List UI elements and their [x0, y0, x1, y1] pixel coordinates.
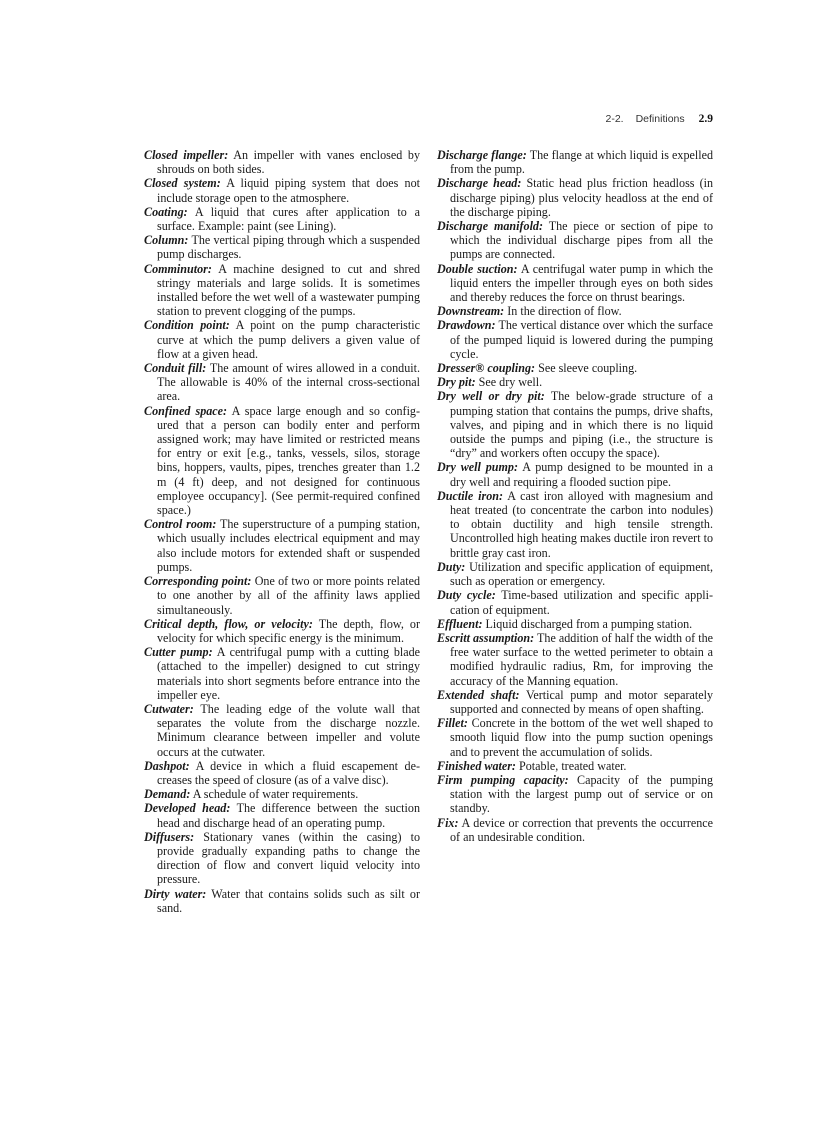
glossary-definition: A device or correction that prevents the…: [450, 816, 713, 844]
glossary-term: Fillet:: [437, 716, 468, 730]
glossary-entry: Discharge manifold: The piece or section…: [437, 219, 713, 262]
glossary-entry: Fix: A device or correction that prevent…: [437, 816, 713, 844]
page-number: 2.9: [699, 113, 713, 125]
glossary-definition: See sleeve coupling.: [538, 361, 637, 375]
glossary-definition: The vertical piping through which a sus­…: [157, 233, 420, 261]
glossary-term: Demand:: [144, 787, 190, 801]
right-column: Discharge flange: The flange at which li…: [437, 148, 713, 844]
glossary-term: Escritt assumption:: [437, 631, 534, 645]
glossary-term: Downstream:: [437, 304, 504, 318]
glossary-entry: Downstream: In the direction of flow.: [437, 304, 713, 318]
glossary-definition: The leading edge of the volute wall that…: [157, 702, 420, 759]
glossary-entry: Control room: The superstructure of a pu…: [144, 517, 420, 574]
glossary-entry: Dashpot: A device in which a fluid escap…: [144, 759, 420, 787]
glossary-entry: Closed system: A liquid piping system th…: [144, 176, 420, 204]
glossary-definition: A schedule of water requirements.: [193, 787, 359, 801]
glossary-definition: Potable, treated water.: [519, 759, 626, 773]
glossary-entry: Critical depth, flow, or velocity: The d…: [144, 617, 420, 645]
glossary-term: Duty:: [437, 560, 465, 574]
glossary-term: Dry pit:: [437, 375, 476, 389]
glossary-term: Critical depth, flow, or velocity:: [144, 617, 313, 631]
glossary-term: Closed impeller:: [144, 148, 228, 162]
glossary-entry: Duty: Utilization and specific applicati…: [437, 560, 713, 588]
glossary-term: Discharge head:: [437, 176, 521, 190]
glossary-entry: Extended shaft: Vertical pump and motor …: [437, 688, 713, 716]
glossary-term: Fix:: [437, 816, 459, 830]
glossary-term: Dresser® coupling:: [437, 361, 535, 375]
glossary-definition: A device in which a fluid escapement de­…: [157, 759, 420, 787]
glossary-term: Column:: [144, 233, 188, 247]
glossary-entry: Ductile iron: A cast iron alloyed with m…: [437, 489, 713, 560]
glossary-entry: Diffusers: Stationary vanes (within the …: [144, 830, 420, 887]
glossary-term: Finished water:: [437, 759, 516, 773]
glossary-entry: Cutter pump: A centrifugal pump with a c…: [144, 645, 420, 702]
glossary-entry: Duty cycle: Time-based utilization and s…: [437, 588, 713, 616]
glossary-entry: Discharge flange: The flange at which li…: [437, 148, 713, 176]
glossary-term: Confined space:: [144, 404, 227, 418]
section-title: Definitions: [636, 113, 685, 125]
glossary-term: Ductile iron:: [437, 489, 503, 503]
glossary-term: Cutter pump:: [144, 645, 213, 659]
glossary-entry: Cutwater: The leading edge of the volute…: [144, 702, 420, 759]
glossary-term: Cutwater:: [144, 702, 194, 716]
glossary-entry: Corresponding point: One of two or more …: [144, 574, 420, 617]
glossary-definition: A liquid that cures after application to…: [157, 205, 420, 233]
glossary-term: Discharge manifold:: [437, 219, 543, 233]
glossary-entry: Dry well pump: A pump designed to be mou…: [437, 460, 713, 488]
glossary-term: Developed head:: [144, 801, 230, 815]
glossary-definition: Liquid discharged from a pumping station…: [486, 617, 693, 631]
glossary-term: Duty cycle:: [437, 588, 496, 602]
glossary-term: Dry well pump:: [437, 460, 518, 474]
glossary-entry: Closed impeller: An impeller with vanes …: [144, 148, 420, 176]
glossary-entry: Comminutor: A machine designed to cut an…: [144, 262, 420, 319]
glossary-entry: Demand: A schedule of water requirements…: [144, 787, 420, 801]
glossary-entry: Finished water: Potable, treated water.: [437, 759, 713, 773]
glossary-definition: A space large enough and so config­ured …: [157, 404, 420, 517]
glossary-term: Corresponding point:: [144, 574, 251, 588]
glossary-term: Control room:: [144, 517, 216, 531]
glossary-term: Coating:: [144, 205, 188, 219]
glossary-term: Extended shaft:: [437, 688, 520, 702]
glossary-term: Firm pumping capacity:: [437, 773, 569, 787]
glossary-entry: Dry pit: See dry well.: [437, 375, 713, 389]
glossary-term: Closed system:: [144, 176, 221, 190]
glossary-entry: Dresser® coupling: See sleeve coupling.: [437, 361, 713, 375]
glossary-entry: Conduit fill: The amount of wires allowe…: [144, 361, 420, 404]
glossary-entry: Discharge head: Static head plus frictio…: [437, 176, 713, 219]
glossary-entry: Escritt assumption: The addition of half…: [437, 631, 713, 688]
glossary-entry: Column: The vertical piping through whic…: [144, 233, 420, 261]
glossary-term: Comminutor:: [144, 262, 212, 276]
glossary-term: Drawdown:: [437, 318, 495, 332]
glossary-entry: Coating: A liquid that cures after appli…: [144, 205, 420, 233]
glossary-term: Double suction:: [437, 262, 518, 276]
glossary-entry: Drawdown: The vertical distance over whi…: [437, 318, 713, 361]
section-number: 2-2.: [606, 113, 624, 125]
glossary-entry: Dry well or dry pit: The below-grade str…: [437, 389, 713, 460]
glossary-definition: In the direction of flow.: [507, 304, 621, 318]
glossary-definition: Concrete in the bottom of the wet well s…: [450, 716, 713, 758]
glossary-entry: Dirty water: Water that contains solids …: [144, 887, 420, 915]
glossary-term: Dirty water:: [144, 887, 206, 901]
glossary-definition: See dry well.: [479, 375, 542, 389]
glossary-entry: Double suction: A centrifugal water pump…: [437, 262, 713, 305]
left-column: Closed impeller: An impeller with vanes …: [144, 148, 420, 915]
running-head: 2-2.Definitions2.9: [560, 113, 713, 125]
glossary-term: Effluent:: [437, 617, 482, 631]
glossary-entry: Effluent: Liquid discharged from a pumpi…: [437, 617, 713, 631]
glossary-entry: Fillet: Concrete in the bottom of the we…: [437, 716, 713, 759]
glossary-definition: Utilization and specific application of …: [450, 560, 713, 588]
glossary-entry: Confined space: A space large enough and…: [144, 404, 420, 518]
glossary-entry: Developed head: The difference between t…: [144, 801, 420, 829]
glossary-entry: Firm pumping capacity: Capacity of the p…: [437, 773, 713, 816]
glossary-term: Dashpot:: [144, 759, 190, 773]
glossary-term: Conduit fill:: [144, 361, 206, 375]
glossary-term: Diffusers:: [144, 830, 194, 844]
glossary-entry: Condition point: A point on the pump cha…: [144, 318, 420, 361]
glossary-term: Condition point:: [144, 318, 230, 332]
glossary-definition: Stationary vanes (within the casing) to …: [157, 830, 420, 887]
glossary-term: Discharge flange:: [437, 148, 527, 162]
glossary-term: Dry well or dry pit:: [437, 389, 545, 403]
